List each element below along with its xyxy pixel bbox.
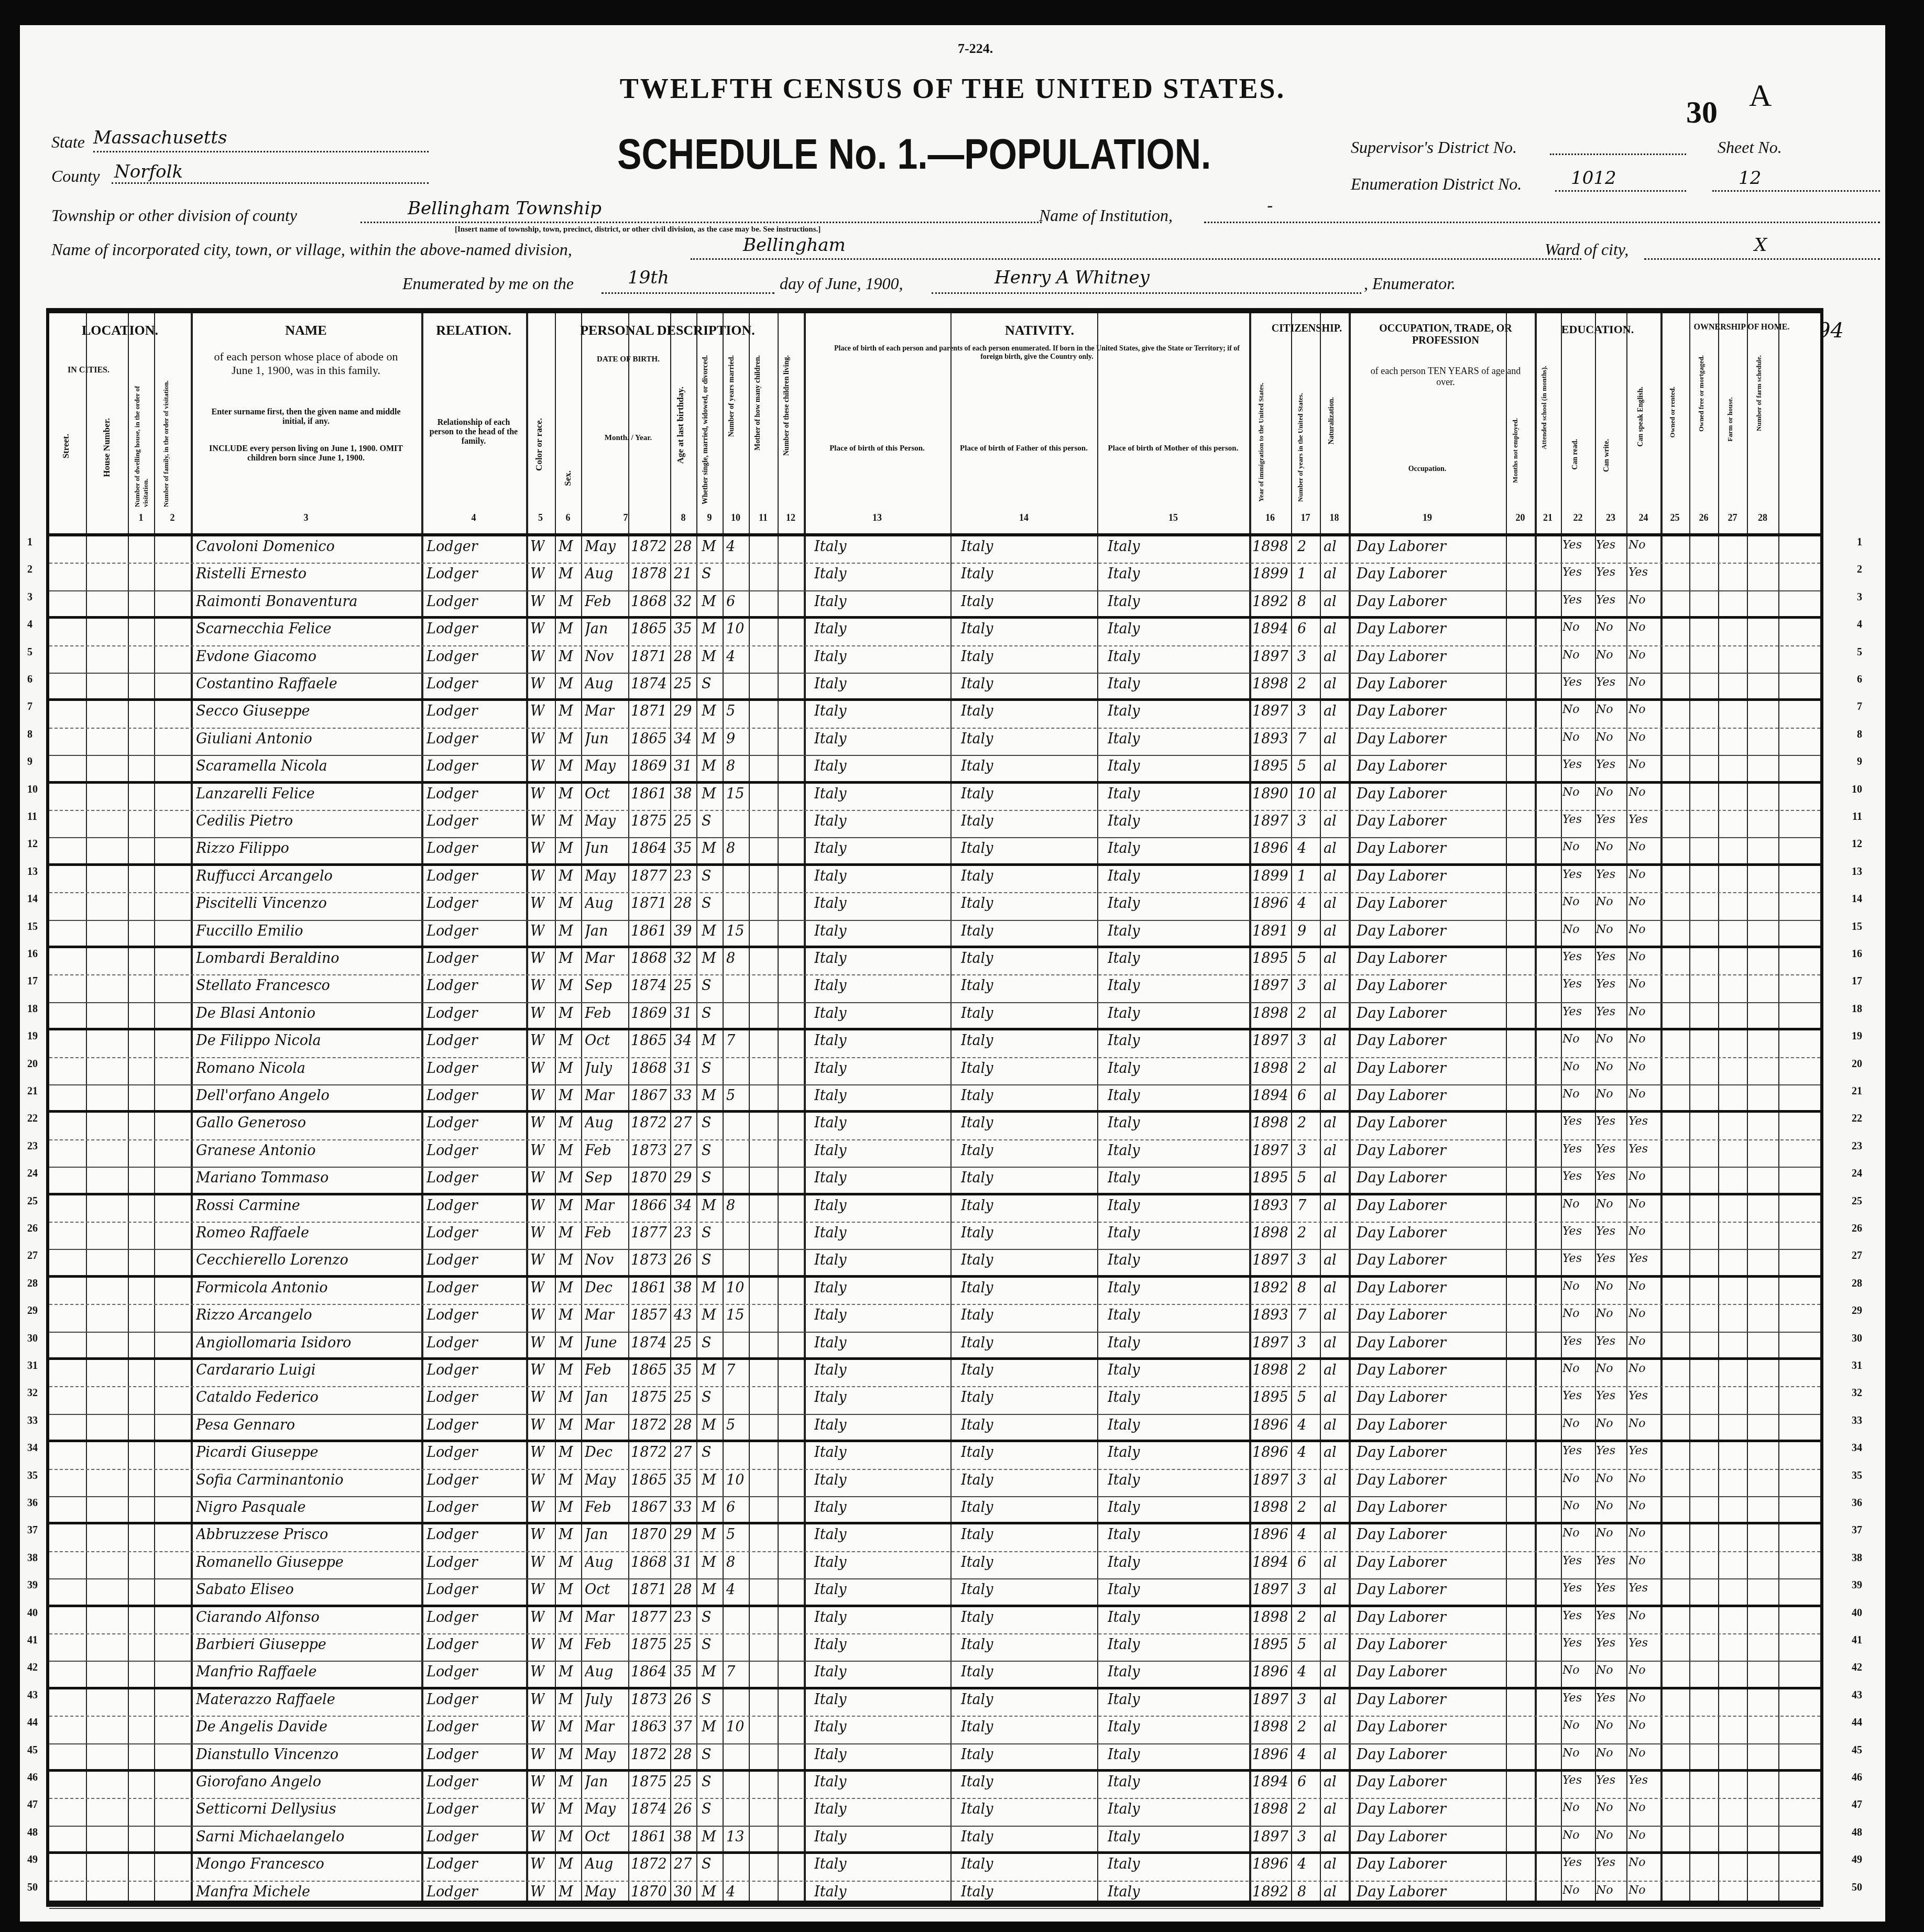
can-write: Yes xyxy=(1596,1115,1615,1128)
birth-year: 1871 xyxy=(631,1582,667,1598)
birthplace: Italy xyxy=(814,1033,847,1049)
table-row: 7 Secco Giuseppe Lodger W M Mar 1871 29 … xyxy=(49,701,1820,728)
father-birthplace: Italy xyxy=(961,923,993,939)
can-speak-english: No xyxy=(1628,594,1646,607)
relation: Lodger xyxy=(427,840,523,857)
can-read: No xyxy=(1562,1747,1580,1760)
immigration-year: 1894 xyxy=(1252,1088,1288,1104)
marital-status: M xyxy=(702,1719,716,1735)
age: 21 xyxy=(674,566,692,582)
can-write: Yes xyxy=(1596,1170,1615,1183)
can-write: No xyxy=(1596,786,1613,799)
occupation: Day Laborer xyxy=(1357,978,1503,994)
birth-year: 1870 xyxy=(631,1884,667,1900)
birth-month: Mar xyxy=(585,1307,615,1323)
table-row: 24 Mariano Tommaso Lodger W M Sep 1870 2… xyxy=(49,1168,1820,1195)
relation: Lodger xyxy=(427,621,523,637)
color-race: W xyxy=(530,1801,545,1817)
years-in-us: 4 xyxy=(1297,895,1306,912)
col-num: 18 xyxy=(1320,512,1349,523)
color-race: W xyxy=(530,1719,545,1735)
mother-birthplace: Italy xyxy=(1108,786,1140,802)
can-write: No xyxy=(1596,1280,1613,1293)
birthplace: Italy xyxy=(814,731,847,747)
can-speak-english: Yes xyxy=(1628,1444,1648,1457)
birth-month: Nov xyxy=(585,1252,614,1268)
years-married: 5 xyxy=(726,1527,735,1543)
relation: Lodger xyxy=(427,1719,523,1735)
mother-birthplace: Italy xyxy=(1108,1417,1140,1433)
can-read: No xyxy=(1562,1033,1580,1046)
occupation: Day Laborer xyxy=(1357,1060,1503,1077)
person-name: Romano Nicola xyxy=(196,1060,419,1077)
col-num: 13 xyxy=(804,512,950,523)
can-read: Yes xyxy=(1562,1335,1582,1348)
occupation: Day Laborer xyxy=(1357,676,1503,692)
color-race: W xyxy=(530,840,545,857)
table-row: 9 Scaramella Nicola Lodger W M May 1869 … xyxy=(49,756,1820,783)
birth-month: Jan xyxy=(585,923,608,939)
marital-status: M xyxy=(702,594,716,610)
immigration-year: 1897 xyxy=(1252,1829,1288,1845)
person-name: Abbruzzese Prisco xyxy=(196,1527,419,1543)
father-birthplace: Italy xyxy=(961,676,993,692)
relation: Lodger xyxy=(427,566,523,582)
county-label: County xyxy=(51,167,100,186)
immigration-year: 1897 xyxy=(1252,1582,1288,1598)
sex: M xyxy=(559,758,573,774)
age: 34 xyxy=(674,1198,692,1214)
can-read: No xyxy=(1562,840,1580,853)
can-speak-english: No xyxy=(1628,1362,1646,1375)
line-number-right: 13 xyxy=(1852,866,1862,878)
relation: Lodger xyxy=(427,1005,523,1022)
can-write: No xyxy=(1596,1362,1613,1375)
can-read: No xyxy=(1562,1884,1580,1897)
color-race: W xyxy=(530,1582,545,1598)
col-head-pob-mother: Place of birth of Mother of this person. xyxy=(1102,444,1244,453)
color-race: W xyxy=(530,923,545,939)
father-birthplace: Italy xyxy=(961,1060,993,1077)
birth-month: Jun xyxy=(585,731,609,747)
can-speak-english: Yes xyxy=(1628,1774,1648,1787)
col-head-farm-house: Farm or house. xyxy=(1726,397,1734,442)
sex: M xyxy=(559,1719,573,1735)
enumeration-value: 1012 xyxy=(1571,168,1616,189)
table-row: 47 Setticorni Dellysius Lodger W M May 1… xyxy=(49,1799,1820,1826)
col-head-house: House Number. xyxy=(102,418,112,477)
sex: M xyxy=(559,813,573,829)
can-read: Yes xyxy=(1562,594,1582,607)
col-num: 5 xyxy=(526,512,555,523)
birthplace: Italy xyxy=(814,1143,847,1159)
immigration-year: 1898 xyxy=(1252,1362,1288,1378)
father-birthplace: Italy xyxy=(961,1389,993,1406)
relation: Lodger xyxy=(427,1225,523,1241)
naturalization: al xyxy=(1324,1527,1337,1543)
sex: M xyxy=(559,594,573,610)
mother-birthplace: Italy xyxy=(1108,1884,1140,1900)
person-name: Manfrio Raffaele xyxy=(196,1664,419,1680)
col-num: 1 xyxy=(128,512,154,523)
occupation: Day Laborer xyxy=(1357,1582,1503,1598)
color-race: W xyxy=(530,1472,545,1488)
can-write: No xyxy=(1596,1664,1613,1677)
relation: Lodger xyxy=(427,1088,523,1104)
birth-month: Sep xyxy=(585,978,612,994)
can-write: No xyxy=(1596,1088,1613,1101)
can-read: No xyxy=(1562,1527,1580,1540)
mother-birthplace: Italy xyxy=(1108,621,1140,637)
relation: Lodger xyxy=(427,1307,523,1323)
birth-month: Mar xyxy=(585,1088,615,1104)
immigration-year: 1898 xyxy=(1252,1005,1288,1022)
can-write: Yes xyxy=(1596,1225,1615,1238)
line-number-left: 32 xyxy=(27,1387,38,1399)
population-table: LOCATION. IN CITIES. NAME of each person… xyxy=(46,308,1823,1907)
age: 33 xyxy=(674,1088,692,1104)
years-in-us: 7 xyxy=(1297,731,1306,747)
can-speak-english: Yes xyxy=(1628,566,1648,579)
can-write: Yes xyxy=(1596,1389,1615,1402)
sex: M xyxy=(559,1060,573,1077)
can-speak-english: No xyxy=(1628,1198,1646,1211)
birthplace: Italy xyxy=(814,1472,847,1488)
mother-birthplace: Italy xyxy=(1108,1774,1140,1790)
years-in-us: 3 xyxy=(1297,1335,1306,1351)
marital-status: S xyxy=(702,1252,712,1268)
relation: Lodger xyxy=(427,539,523,555)
years-in-us: 8 xyxy=(1297,594,1306,610)
birthplace: Italy xyxy=(814,1554,847,1571)
birth-month: Aug xyxy=(585,676,613,692)
can-speak-english: No xyxy=(1628,731,1646,744)
table-row: 1 Cavoloni Domenico Lodger W M May 1872 … xyxy=(49,536,1820,564)
age: 28 xyxy=(674,649,692,665)
birth-year: 1869 xyxy=(631,758,667,774)
father-birthplace: Italy xyxy=(961,1692,993,1708)
can-write: No xyxy=(1596,1472,1613,1485)
can-write: Yes xyxy=(1596,1856,1615,1869)
birth-year: 1868 xyxy=(631,1060,667,1077)
col-num: 22 xyxy=(1561,512,1595,523)
line-number-right: 26 xyxy=(1852,1223,1862,1235)
table-row: 20 Romano Nicola Lodger W M July 1868 31… xyxy=(49,1058,1820,1085)
birth-month: Feb xyxy=(585,1499,611,1516)
can-read: Yes xyxy=(1562,1856,1582,1869)
birth-year: 1865 xyxy=(631,1033,667,1049)
immigration-year: 1896 xyxy=(1252,1856,1288,1872)
years-in-us: 4 xyxy=(1297,1527,1306,1543)
can-read: Yes xyxy=(1562,1692,1582,1705)
line-number-left: 39 xyxy=(27,1579,38,1591)
years-in-us: 6 xyxy=(1297,1088,1306,1104)
father-birthplace: Italy xyxy=(961,758,993,774)
birth-year: 1861 xyxy=(631,786,667,802)
col-head-naturalization: Naturalization. xyxy=(1328,397,1336,445)
can-speak-english: No xyxy=(1628,1005,1646,1018)
relation: Lodger xyxy=(427,649,523,665)
line-number-left: 43 xyxy=(27,1689,38,1702)
table-row: 6 Costantino Raffaele Lodger W M Aug 187… xyxy=(49,674,1820,701)
col-head-immigration: Year of immigration to the United States… xyxy=(1257,366,1265,502)
relation: Lodger xyxy=(427,1389,523,1406)
person-name: Sabato Eliseo xyxy=(196,1582,419,1598)
can-write: No xyxy=(1596,1307,1613,1320)
person-name: Ciarando Alfonso xyxy=(196,1609,419,1626)
line-number-right: 35 xyxy=(1852,1470,1862,1482)
father-birthplace: Italy xyxy=(961,566,993,582)
color-race: W xyxy=(530,1527,545,1543)
relation: Lodger xyxy=(427,1170,523,1186)
color-race: W xyxy=(530,1747,545,1763)
person-name: Rizzo Arcangelo xyxy=(196,1307,419,1323)
township-label: Township or other division of county xyxy=(51,206,297,225)
years-in-us: 4 xyxy=(1297,1664,1306,1680)
birth-year: 1871 xyxy=(631,703,667,719)
immigration-year: 1898 xyxy=(1252,1609,1288,1626)
mother-birthplace: Italy xyxy=(1108,1307,1140,1323)
years-in-us: 1 xyxy=(1297,566,1306,582)
age: 28 xyxy=(674,1417,692,1433)
birth-month: Feb xyxy=(585,1143,611,1159)
col-head-can-write: Can write. xyxy=(1603,439,1611,472)
line-number-right: 5 xyxy=(1857,646,1862,658)
line-number-right: 30 xyxy=(1852,1333,1862,1345)
color-race: W xyxy=(530,868,545,884)
birthplace: Italy xyxy=(814,1060,847,1077)
sex: M xyxy=(559,868,573,884)
age: 32 xyxy=(674,594,692,610)
relation: Lodger xyxy=(427,1527,523,1543)
sex: M xyxy=(559,978,573,994)
immigration-year: 1899 xyxy=(1252,566,1288,582)
col-num: 7 xyxy=(581,512,670,523)
years-married: 8 xyxy=(726,1554,735,1571)
can-speak-english: No xyxy=(1628,1417,1646,1430)
city-line xyxy=(691,258,1581,260)
birth-month: Oct xyxy=(585,786,610,802)
mother-birthplace: Italy xyxy=(1108,1198,1140,1214)
sex: M xyxy=(559,1747,573,1763)
table-row: 50 Manfra Michele Lodger W M May 1870 30… xyxy=(49,1882,1820,1909)
person-name: Gallo Generoso xyxy=(196,1115,419,1131)
person-name: Sarni Michaelangelo xyxy=(196,1829,419,1845)
years-in-us: 9 xyxy=(1297,923,1306,939)
years-married: 6 xyxy=(726,1499,735,1516)
table-row: 15 Fuccillo Emilio Lodger W M Jan 1861 3… xyxy=(49,921,1820,948)
color-race: W xyxy=(530,1389,545,1406)
years-in-us: 2 xyxy=(1297,1362,1306,1378)
birthplace: Italy xyxy=(814,1005,847,1022)
birth-month: July xyxy=(585,1692,612,1708)
line-number-left: 1 xyxy=(27,536,32,548)
ownership-header: OWNERSHIP OF HOME. xyxy=(1663,323,1820,332)
years-married: 6 xyxy=(726,594,735,610)
birthplace: Italy xyxy=(814,1719,847,1735)
relation-header: RELATION. xyxy=(421,323,526,338)
father-birthplace: Italy xyxy=(961,1719,993,1735)
color-race: W xyxy=(530,1252,545,1268)
sex: M xyxy=(559,1774,573,1790)
line-number-left: 6 xyxy=(27,674,32,686)
age: 29 xyxy=(674,1527,692,1543)
father-birthplace: Italy xyxy=(961,1417,993,1433)
father-birthplace: Italy xyxy=(961,1280,993,1296)
marital-status: S xyxy=(702,868,712,884)
occupation: Day Laborer xyxy=(1357,1170,1503,1186)
table-row: 21 Dell'orfano Angelo Lodger W M Mar 186… xyxy=(49,1085,1820,1113)
years-in-us: 3 xyxy=(1297,1472,1306,1488)
can-speak-english: No xyxy=(1628,786,1646,799)
can-read: Yes xyxy=(1562,1115,1582,1128)
father-birthplace: Italy xyxy=(961,1774,993,1790)
age: 38 xyxy=(674,786,692,802)
can-speak-english: No xyxy=(1628,758,1646,771)
father-birthplace: Italy xyxy=(961,1554,993,1571)
birth-year: 1871 xyxy=(631,895,667,912)
col-head-family: Number of family, in the order of visita… xyxy=(162,376,170,507)
relation: Lodger xyxy=(427,1747,523,1763)
col-head-years-married: Number of years married. xyxy=(728,355,736,437)
father-birthplace: Italy xyxy=(961,1335,993,1351)
marital-status: S xyxy=(702,1444,712,1461)
naturalization: al xyxy=(1324,1444,1337,1461)
immigration-year: 1893 xyxy=(1252,731,1288,747)
can-read: No xyxy=(1562,1198,1580,1211)
line-number-left: 13 xyxy=(27,866,38,878)
occupation: Day Laborer xyxy=(1357,786,1503,802)
line-number-left: 7 xyxy=(27,701,32,713)
birthplace: Italy xyxy=(814,1499,847,1516)
table-row: 33 Pesa Gennaro Lodger W M Mar 1872 28 M… xyxy=(49,1415,1820,1442)
table-row: 18 De Blasi Antonio Lodger W M Feb 1869 … xyxy=(49,1003,1820,1030)
birth-year: 1864 xyxy=(631,1664,667,1680)
person-name: Lombardi Beraldino xyxy=(196,950,419,967)
birthplace: Italy xyxy=(814,1747,847,1763)
occupation: Day Laborer xyxy=(1357,1637,1503,1653)
father-birthplace: Italy xyxy=(961,1005,993,1022)
birth-month: May xyxy=(585,539,616,555)
line-number-left: 15 xyxy=(27,921,38,933)
sex: M xyxy=(559,1307,573,1323)
sex: M xyxy=(559,1088,573,1104)
immigration-year: 1898 xyxy=(1252,1225,1288,1241)
birth-year: 1873 xyxy=(631,1143,667,1159)
can-write: Yes xyxy=(1596,1637,1615,1650)
col-num: 16 xyxy=(1249,512,1291,523)
county-value: Norfolk xyxy=(114,161,183,182)
line-number-left: 48 xyxy=(27,1827,38,1839)
mother-birthplace: Italy xyxy=(1108,1472,1140,1488)
father-birthplace: Italy xyxy=(961,1362,993,1378)
marital-status: M xyxy=(702,758,716,774)
table-row: 46 Giorofano Angelo Lodger W M Jan 1875 … xyxy=(49,1772,1820,1799)
birth-year: 1873 xyxy=(631,1252,667,1268)
father-birthplace: Italy xyxy=(961,1198,993,1214)
person-name: Giuliani Antonio xyxy=(196,731,419,747)
birth-month: Feb xyxy=(585,1362,611,1378)
years-in-us: 6 xyxy=(1297,621,1306,637)
mother-birthplace: Italy xyxy=(1108,1637,1140,1653)
enumerated-day: 19th xyxy=(628,267,669,288)
birth-month: Feb xyxy=(585,594,611,610)
can-read: No xyxy=(1562,1499,1580,1512)
can-speak-english: No xyxy=(1628,621,1646,634)
col-num: 3 xyxy=(191,512,421,523)
marital-status: S xyxy=(702,1856,712,1872)
table-row: 12 Rizzo Filippo Lodger W M Jun 1864 35 … xyxy=(49,838,1820,865)
can-speak-english: No xyxy=(1628,1664,1646,1677)
immigration-year: 1895 xyxy=(1252,950,1288,967)
birthplace: Italy xyxy=(814,539,847,555)
line-number-right: 42 xyxy=(1852,1662,1862,1674)
line-number-left: 11 xyxy=(27,811,37,823)
can-write: No xyxy=(1596,1884,1613,1897)
col-num: 2 xyxy=(154,512,191,523)
line-number-left: 3 xyxy=(27,591,32,603)
color-race: W xyxy=(530,1033,545,1049)
birthplace: Italy xyxy=(814,1335,847,1351)
can-write: No xyxy=(1596,895,1613,908)
marital-status: M xyxy=(702,703,716,719)
sheet-value: 12 xyxy=(1739,168,1761,189)
line-number-left: 41 xyxy=(27,1634,38,1646)
person-name: Cardarario Luigi xyxy=(196,1362,419,1378)
immigration-year: 1895 xyxy=(1252,1389,1288,1406)
line-number-left: 12 xyxy=(27,838,38,850)
birthplace: Italy xyxy=(814,1664,847,1680)
years-married: 5 xyxy=(726,1417,735,1433)
table-row: 16 Lombardi Beraldino Lodger W M Mar 186… xyxy=(49,948,1820,975)
relation: Lodger xyxy=(427,1472,523,1488)
sex: M xyxy=(559,1417,573,1433)
relation: Lodger xyxy=(427,1252,523,1268)
mother-birthplace: Italy xyxy=(1108,1389,1140,1406)
person-name: Raimonti Bonaventura xyxy=(196,594,419,610)
occupation: Day Laborer xyxy=(1357,950,1503,967)
col-head-marital: Whether single, married, widowed, or div… xyxy=(702,355,710,504)
birth-year: 1865 xyxy=(631,1362,667,1378)
birthplace: Italy xyxy=(814,1829,847,1845)
birth-year: 1861 xyxy=(631,1280,667,1296)
father-birthplace: Italy xyxy=(961,786,993,802)
years-in-us: 3 xyxy=(1297,978,1306,994)
occupation: Day Laborer xyxy=(1357,731,1503,747)
sex: M xyxy=(559,1692,573,1708)
father-birthplace: Italy xyxy=(961,621,993,637)
line-number-right: 39 xyxy=(1852,1579,1862,1591)
naturalization: al xyxy=(1324,1856,1337,1872)
can-write: Yes xyxy=(1596,566,1615,579)
line-number-left: 46 xyxy=(27,1772,38,1784)
immigration-year: 1895 xyxy=(1252,1637,1288,1653)
birth-year: 1870 xyxy=(631,1527,667,1543)
age: 28 xyxy=(674,895,692,912)
col-head-pob: Place of birth of this Person. xyxy=(809,444,945,453)
name-instructions: Enter surname first, then the given name… xyxy=(206,408,406,426)
immigration-year: 1897 xyxy=(1252,649,1288,665)
can-speak-english: No xyxy=(1628,1527,1646,1540)
father-birthplace: Italy xyxy=(961,1664,993,1680)
marital-status: M xyxy=(702,1554,716,1571)
naturalization: al xyxy=(1324,621,1337,637)
years-in-us: 2 xyxy=(1297,1801,1306,1817)
can-write: Yes xyxy=(1596,594,1615,607)
mother-birthplace: Italy xyxy=(1108,566,1140,582)
naturalization: al xyxy=(1324,1499,1337,1516)
immigration-year: 1893 xyxy=(1252,1198,1288,1214)
